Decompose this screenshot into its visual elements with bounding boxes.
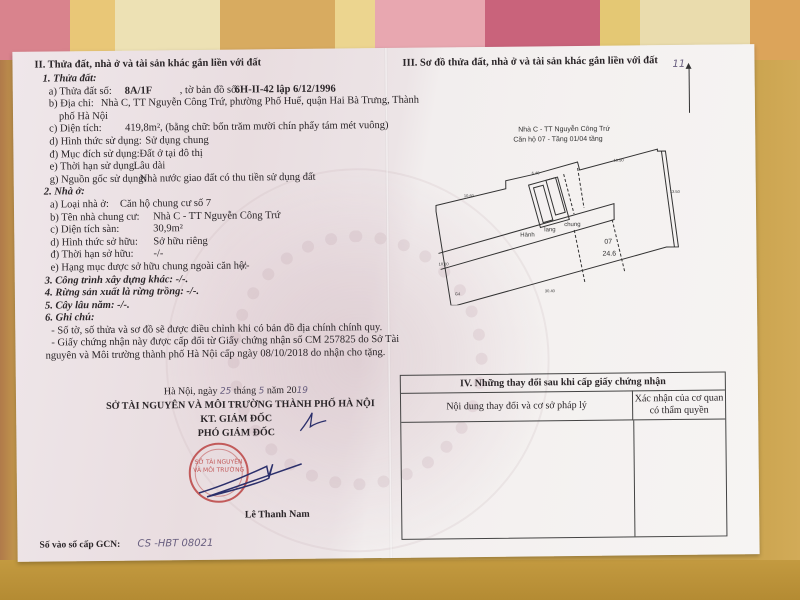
ownership-term-label: đ) Thời hạn sở hữu: bbox=[50, 249, 133, 261]
col-authority-confirmation: Xác nhận của cơ quan có thẩm quyền bbox=[633, 389, 725, 420]
floor-area-value: 30,9m² bbox=[153, 223, 183, 234]
common-label: e) Hạng mục được sở hữu chung ngoài căn … bbox=[51, 260, 248, 273]
ownership-term-value: -/- bbox=[153, 249, 163, 260]
common-value: -/- bbox=[240, 260, 250, 271]
term-value: Lâu dài bbox=[133, 160, 165, 171]
parcel-value: 8A/1F bbox=[125, 85, 153, 96]
house-type-value: Căn hộ chung cư số 7 bbox=[120, 198, 211, 210]
diagram-apartment: Căn hộ 07 - Tầng 01/04 tầng bbox=[513, 136, 602, 144]
dim-7: G4 bbox=[455, 291, 461, 296]
parcel-label: a) Thửa đất số: bbox=[49, 85, 112, 97]
table-divider bbox=[633, 420, 635, 536]
ownership-value: Sở hữu riêng bbox=[153, 236, 208, 248]
date-year: 19 bbox=[297, 386, 309, 396]
section-3-title: III. Sơ đồ thửa đất, nhà ở và tài sản kh… bbox=[402, 55, 657, 69]
address-line2: phố Hà Nội bbox=[59, 111, 108, 123]
col2-line2: có thẩm quyền bbox=[633, 404, 725, 417]
diagram-building: Nhà C - TT Nguyễn Công Trứ bbox=[518, 126, 610, 134]
corridor-word-3: chung bbox=[564, 222, 580, 228]
origin-value: Nhà nước giao đất có thu tiền sử dụng đấ… bbox=[140, 171, 316, 184]
house-type-label: a) Loại nhà ở: bbox=[50, 199, 109, 211]
floor-plan-diagram: Hành lang chung 07 24.6 10.60 6.40 10.50… bbox=[433, 143, 695, 306]
usage-form-label: d) Hình thức sử dụng: bbox=[49, 136, 142, 148]
origin-label: g) Nguồn gốc sử dụng: bbox=[50, 173, 147, 185]
dim-5: 30.40 bbox=[545, 288, 556, 293]
dim-1: 10.60 bbox=[464, 193, 475, 198]
ownership-label: d) Hình thức sở hữu: bbox=[50, 236, 138, 248]
land-certificate-page: II. Thửa đất, nhà ở và tài sản khác gắn … bbox=[12, 44, 759, 562]
col-change-content: Nội dung thay đổi và cơ sở pháp lý bbox=[401, 390, 633, 422]
signer-name: Lê Thanh Nam bbox=[237, 509, 317, 521]
date-day: 25 bbox=[220, 387, 232, 397]
section-2: II. Thửa đất, nhà ở và tài sản khác gắn … bbox=[34, 56, 382, 363]
area-label: c) Diện tích: bbox=[49, 123, 102, 135]
initial-mark bbox=[298, 411, 328, 435]
building-label: b) Tên nhà chung cư: bbox=[50, 211, 140, 223]
dim-4: 13.50 bbox=[670, 189, 681, 194]
registry-value: CS -HBT 08021 bbox=[137, 538, 213, 551]
map-value: 6H-II-42 lập 6/12/1996 bbox=[235, 83, 336, 95]
area-value: 419,8m², (bằng chữ: bốn trăm mười chín p… bbox=[125, 120, 388, 134]
year-label: năm 20 bbox=[267, 385, 297, 396]
corridor-word-1: Hành bbox=[520, 232, 534, 238]
floor-area-label: c) Diện tích sàn: bbox=[50, 224, 119, 236]
month-label: tháng bbox=[234, 385, 256, 396]
usage-form-value: Sử dụng chung bbox=[145, 135, 209, 147]
handwritten-annotation: 11 bbox=[672, 59, 685, 72]
map-label: , tờ bản đồ số: bbox=[180, 84, 240, 96]
purpose-label: đ) Mục đích sử dụng: bbox=[49, 148, 139, 160]
north-arrow-icon bbox=[689, 67, 690, 113]
dim-6: 10.10 bbox=[439, 261, 450, 266]
bg-bottom bbox=[0, 560, 800, 600]
corridor-word-2: lang bbox=[544, 227, 555, 233]
unit-number: 07 bbox=[604, 239, 612, 246]
col2-line1: Xác nhận của cơ quan bbox=[633, 392, 725, 405]
address-label: b) Địa chỉ: bbox=[49, 98, 94, 109]
term-label: e) Thời hạn sử dụng: bbox=[50, 161, 138, 173]
date-prefix: Hà Nội, ngày bbox=[164, 386, 218, 398]
dim-3: 10.50 bbox=[613, 157, 624, 162]
registry-label: Số vào sổ cấp GCN: bbox=[39, 539, 120, 552]
building-value: Nhà C - TT Nguyễn Công Trứ bbox=[153, 210, 280, 222]
date-month: 5 bbox=[259, 386, 265, 396]
signature-scribble bbox=[197, 454, 308, 505]
purpose-value: Đất ở tại đô thị bbox=[139, 147, 202, 159]
changes-table: IV. Những thay đổi sau khi cấp giấy chứn… bbox=[400, 371, 728, 539]
dim-2: 6.40 bbox=[532, 170, 541, 175]
unit-area: 24.6 bbox=[602, 251, 616, 258]
